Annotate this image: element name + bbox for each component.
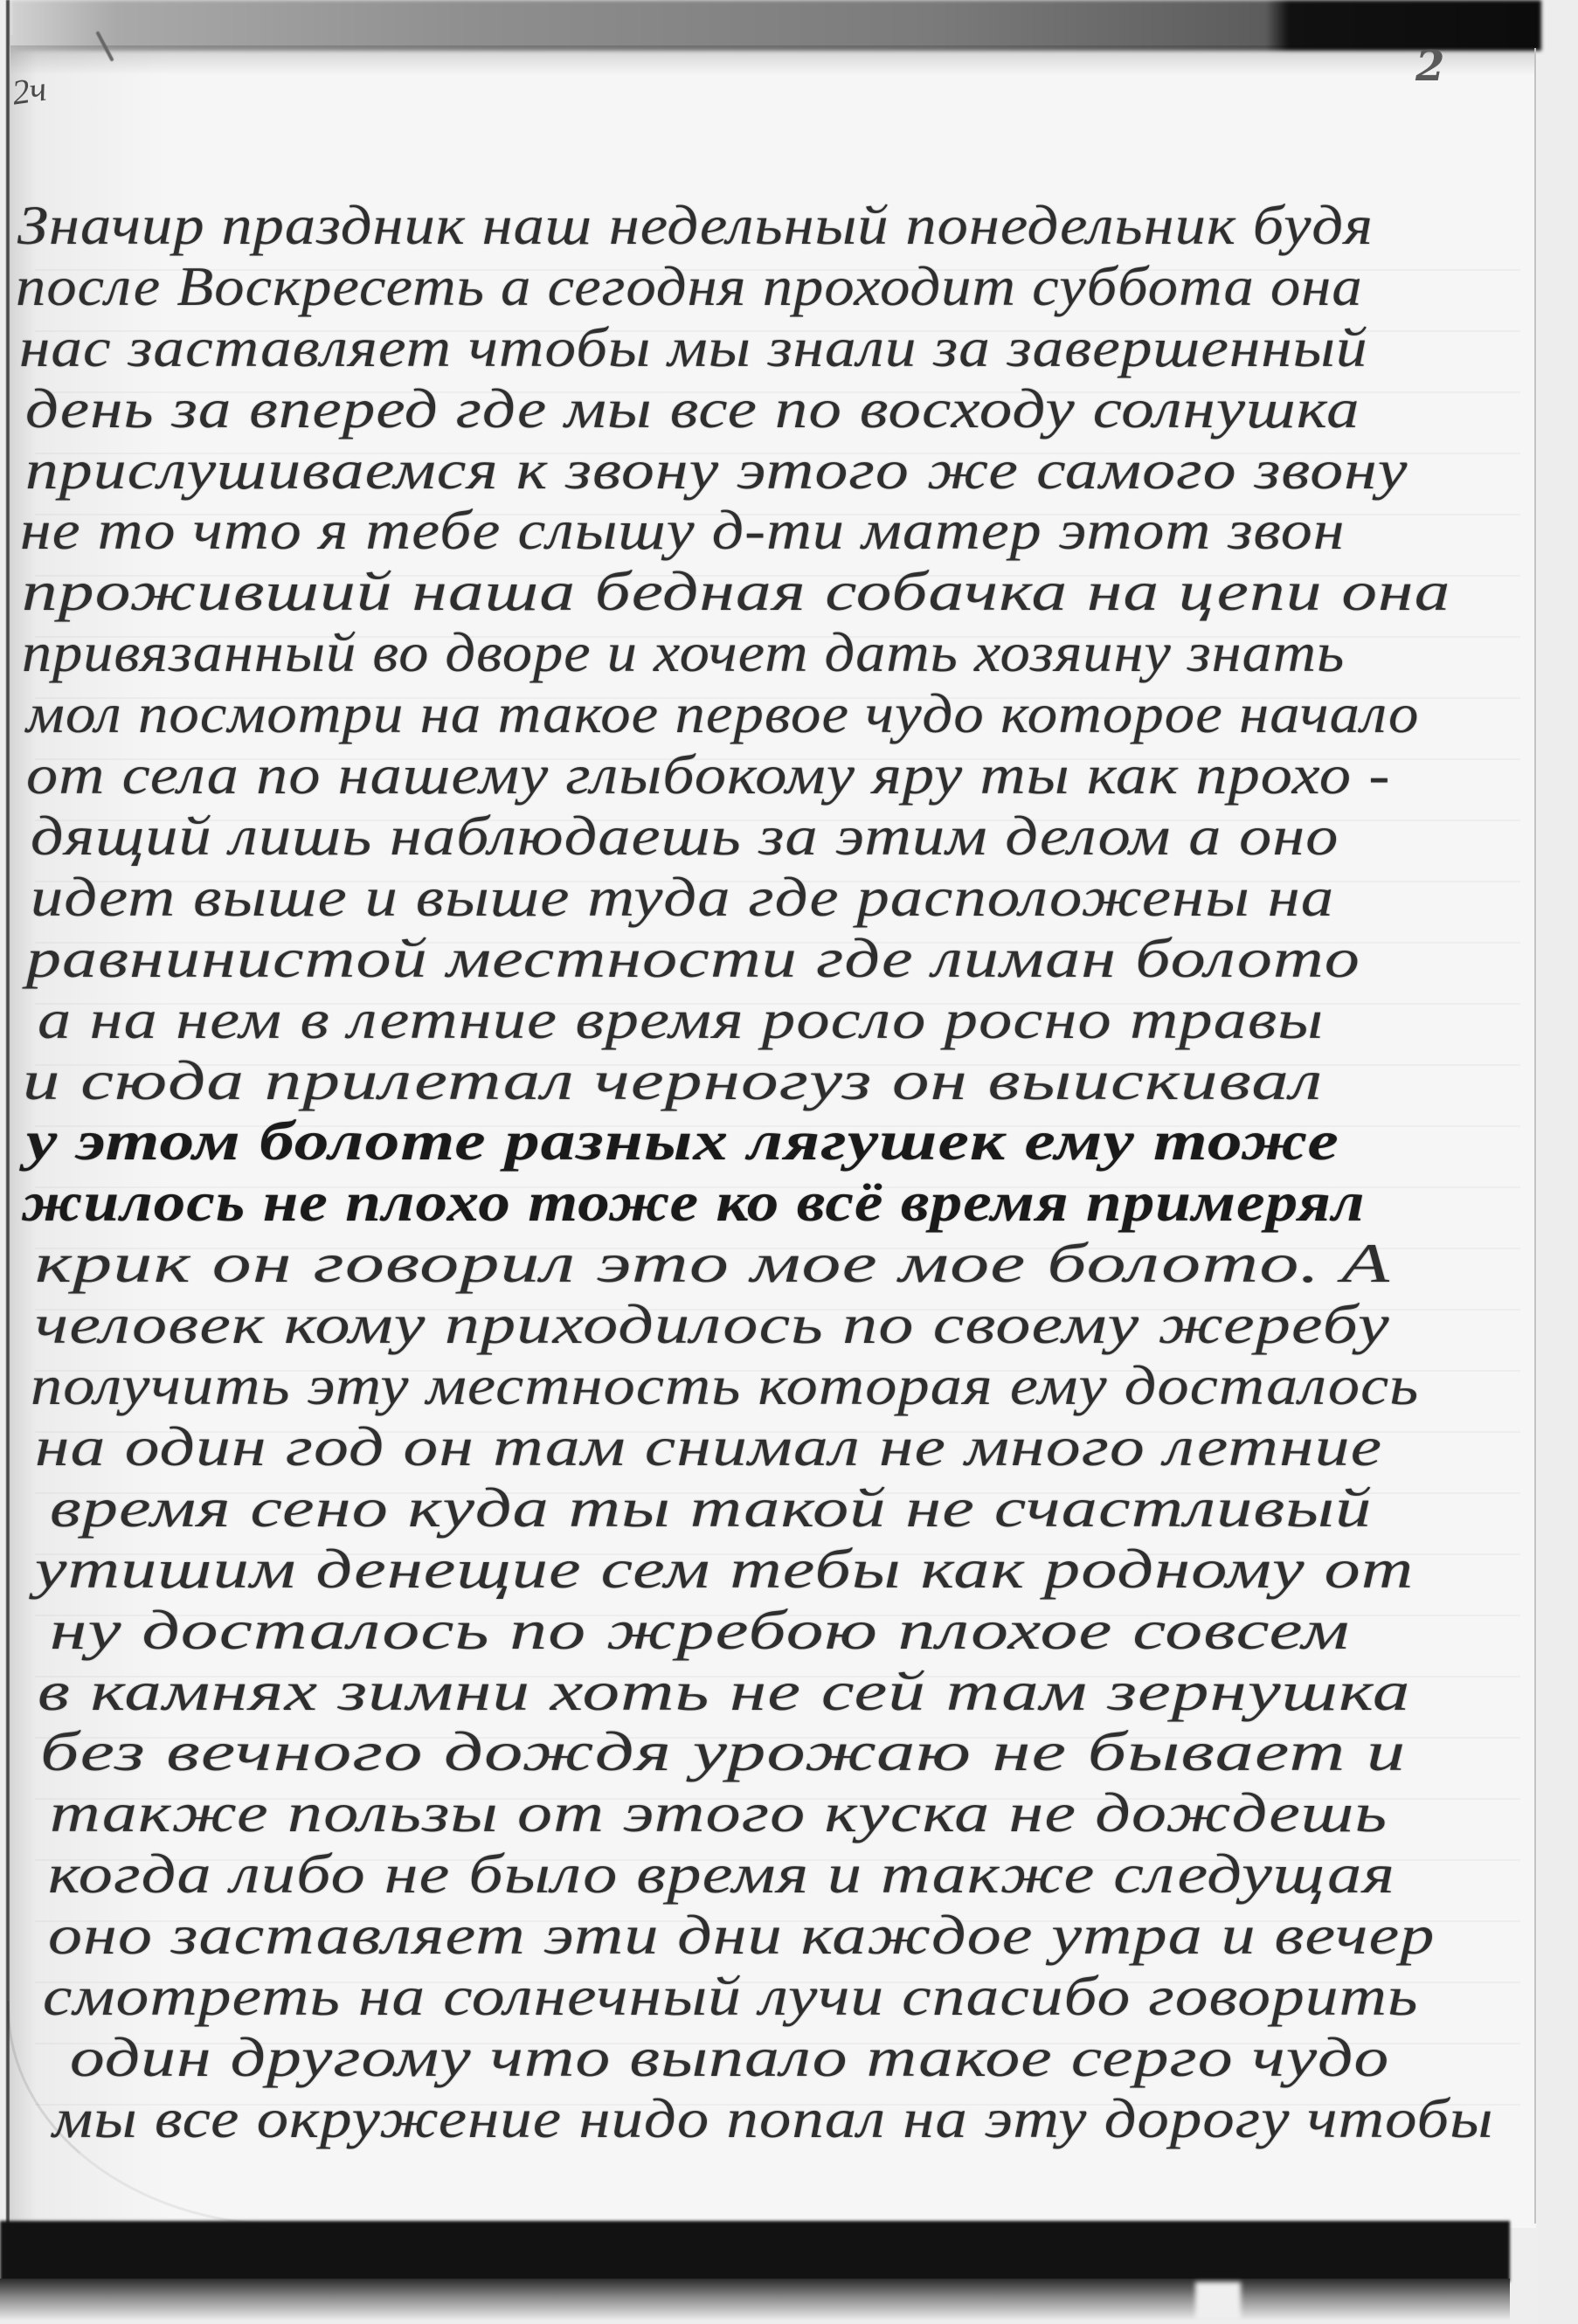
manuscript-line: день за вперед где мы все по восходу сол… [25, 378, 1360, 439]
manuscript-line: на один год он там снимал не много летни… [35, 1416, 1382, 1477]
manuscript-line: нас заставляет чтобы мы знали за заверше… [19, 317, 1368, 378]
manuscript-line: смотреть на солнечный лучи спасибо говор… [43, 1966, 1419, 2027]
manuscript-line: дящий лишь наблюдаешь за этим делом а он… [31, 806, 1339, 867]
manuscript-line: равнинистой местности где лиман болото [26, 928, 1360, 989]
manuscript-line: ну досталось по жребою плохое совсем [50, 1600, 1350, 1661]
manuscript-line: жилось не плохо тоже ко всё время пример… [22, 1172, 1366, 1233]
manuscript-line: проживший наша бедная собачка на цепи он… [22, 561, 1451, 622]
manuscript-line: оно заставляет эти дни каждое утра и веч… [48, 1905, 1436, 1966]
manuscript-line: от села по нашему глыбокому яру ты как п… [26, 744, 1390, 806]
margin-note: 2ч [10, 71, 48, 110]
manuscript-line: привязанный во дворе и хочет дать хозяин… [22, 622, 1345, 683]
scan-margin-right [1538, 0, 1578, 2324]
page-edge-left [6, 0, 10, 2224]
scan-shadow-top [10, 0, 1541, 51]
manuscript-line: и сюда прилетал черногуз он выискивал [23, 1050, 1323, 1111]
page-edge-right [1534, 48, 1536, 2224]
scan-shadow-bottom-fade [0, 2279, 1510, 2321]
manuscript-line: а на нем в летние время росло росно трав… [38, 989, 1324, 1050]
scan-shadow-bottom [0, 2221, 1510, 2282]
scan-light-notch [1195, 2282, 1241, 2321]
page-number: 2 [1415, 45, 1444, 87]
manuscript-line: Значир праздник наш недельный понедельни… [17, 195, 1374, 256]
manuscript-line: утишим денещие сем тебы как родному от [35, 1539, 1414, 1600]
manuscript-line: получить эту местность которая ему доста… [31, 1355, 1419, 1416]
manuscript-line: не то что я тебе слышу д-ти матер этот з… [20, 500, 1346, 561]
manuscript-line: крик он говорил это мое мое болото. А [35, 1233, 1390, 1294]
manuscript-line: мол посмотри на такое первое чудо которо… [26, 683, 1419, 744]
manuscript-line: когда либо не было время и также следуща… [48, 1843, 1395, 1905]
manuscript-line: в камнях зимни хоть не сей там зернушка [38, 1661, 1411, 1722]
manuscript-line: идет выше и выше туда где расположены на [31, 867, 1334, 928]
manuscript-line: без вечного дождя урожаю не бывает и [40, 1721, 1406, 1782]
manuscript-line: время сено куда ты такой не счастливый [50, 1477, 1373, 1539]
manuscript-line: один другому что выпало такое серго чудо [70, 2027, 1389, 2088]
page-edge-shading-top [10, 45, 1536, 75]
manuscript-line: мы все окружение нидо попал на эту дорог… [52, 2088, 1494, 2149]
manuscript-line: у этом болоте разных лягушек ему тоже [26, 1110, 1339, 1172]
manuscript-line: человек кому приходилось по своему жереб… [35, 1294, 1390, 1355]
manuscript-line: также пользы от этого куска не дождешь [50, 1782, 1388, 1843]
manuscript-line: после Воскресеть а сегодня проходит субб… [16, 256, 1363, 317]
manuscript-line: прислушиваемся к звону этого же самого з… [25, 439, 1408, 501]
